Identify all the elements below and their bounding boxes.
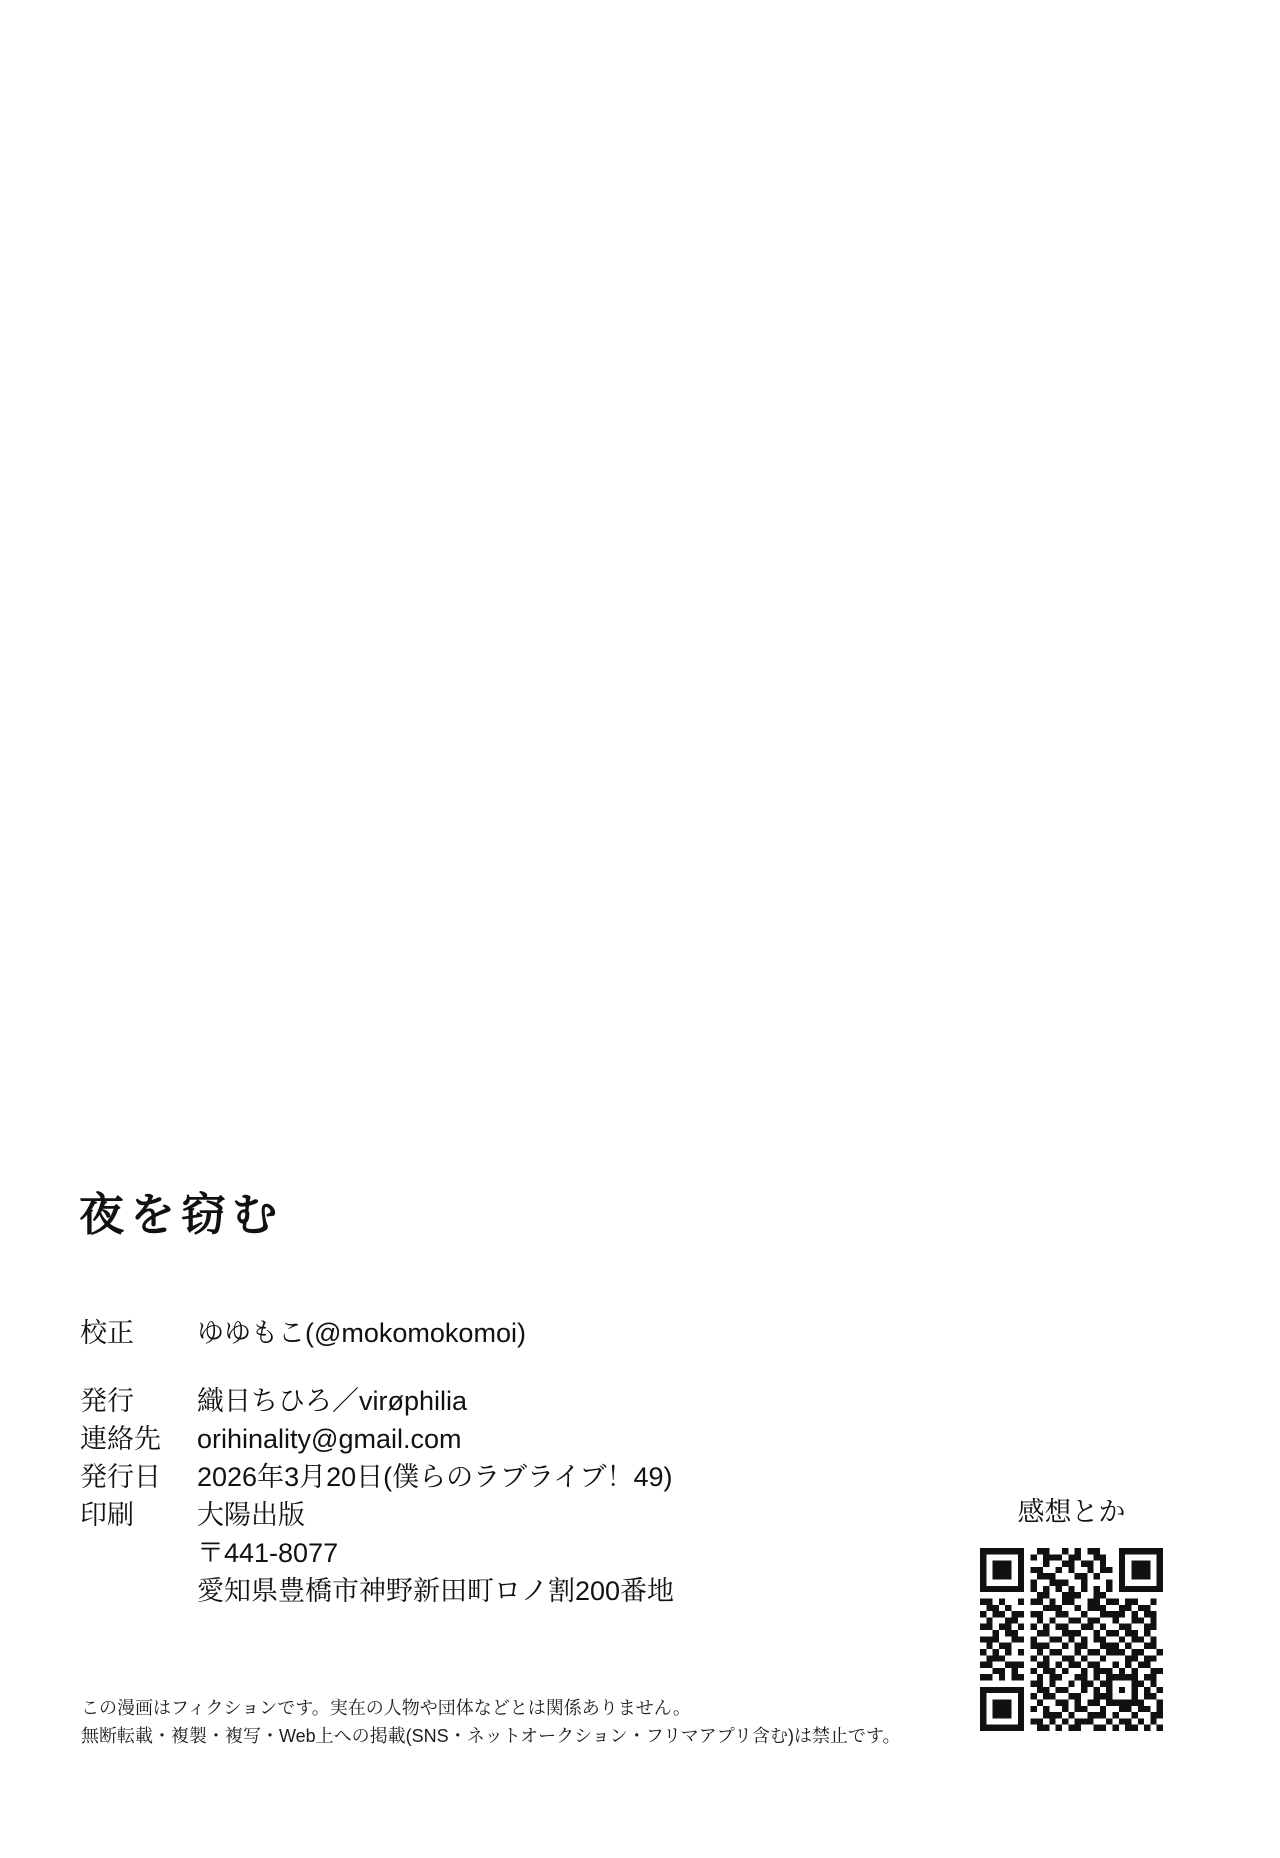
colophon-label: 発行日 [80,1464,197,1491]
disclaimer-line-2: 無断転載・複製・複写・Web上への掲載(SNS・ネットオークション・フリマアプリ… [81,1722,901,1750]
colophon-row: 発行織日ちひろ／virøphilia [80,1388,674,1426]
colophon-value: 大陽出版 [197,1502,305,1529]
colophon-value: ゆゆもこ(@mokomokomoi) [197,1320,526,1347]
feedback-caption: 感想とか [980,1490,1163,1529]
qr-code [980,1548,1163,1731]
colophon-row: 〒441-8077 [80,1540,674,1578]
colophon-page: 夜を窃む 校正ゆゆもこ(@mokomokomoi)発行織日ちひろ／virøphi… [0,0,1280,1858]
colophon-row: 連絡先orihinality@gmail.com [80,1426,674,1464]
colophon-row: 校正ゆゆもこ(@mokomokomoi) [80,1320,674,1358]
colophon-value: 愛知県豊橋市神野新田町ロノ割200番地 [197,1578,674,1605]
colophon-label: 連絡先 [80,1426,197,1453]
colophon-row: 愛知県豊橋市神野新田町ロノ割200番地 [80,1578,674,1616]
colophon-value: 2026年3月20日(僕らのラブライブ！49) [197,1464,673,1491]
doujin-title: 夜を窃む [79,1178,283,1243]
colophon-value: 〒441-8077 [197,1540,338,1567]
disclaimer: この漫画はフィクションです。実在の人物や団体などとは関係ありません。 無断転載・… [81,1694,901,1750]
colophon-label: 発行 [80,1388,197,1415]
colophon-row: 発行日2026年3月20日(僕らのラブライブ！49) [80,1464,674,1502]
colophon-label: 校正 [80,1320,197,1347]
colophon: 校正ゆゆもこ(@mokomokomoi)発行織日ちひろ／virøphilia連絡… [80,1320,674,1616]
colophon-value: 織日ちひろ／virøphilia [197,1388,467,1415]
qr-code-svg [980,1548,1163,1731]
disclaimer-line-1: この漫画はフィクションです。実在の人物や団体などとは関係ありません。 [81,1694,901,1722]
colophon-row: 印刷大陽出版 [80,1502,674,1540]
colophon-label: 印刷 [80,1502,197,1529]
colophon-value: orihinality@gmail.com [197,1426,462,1453]
